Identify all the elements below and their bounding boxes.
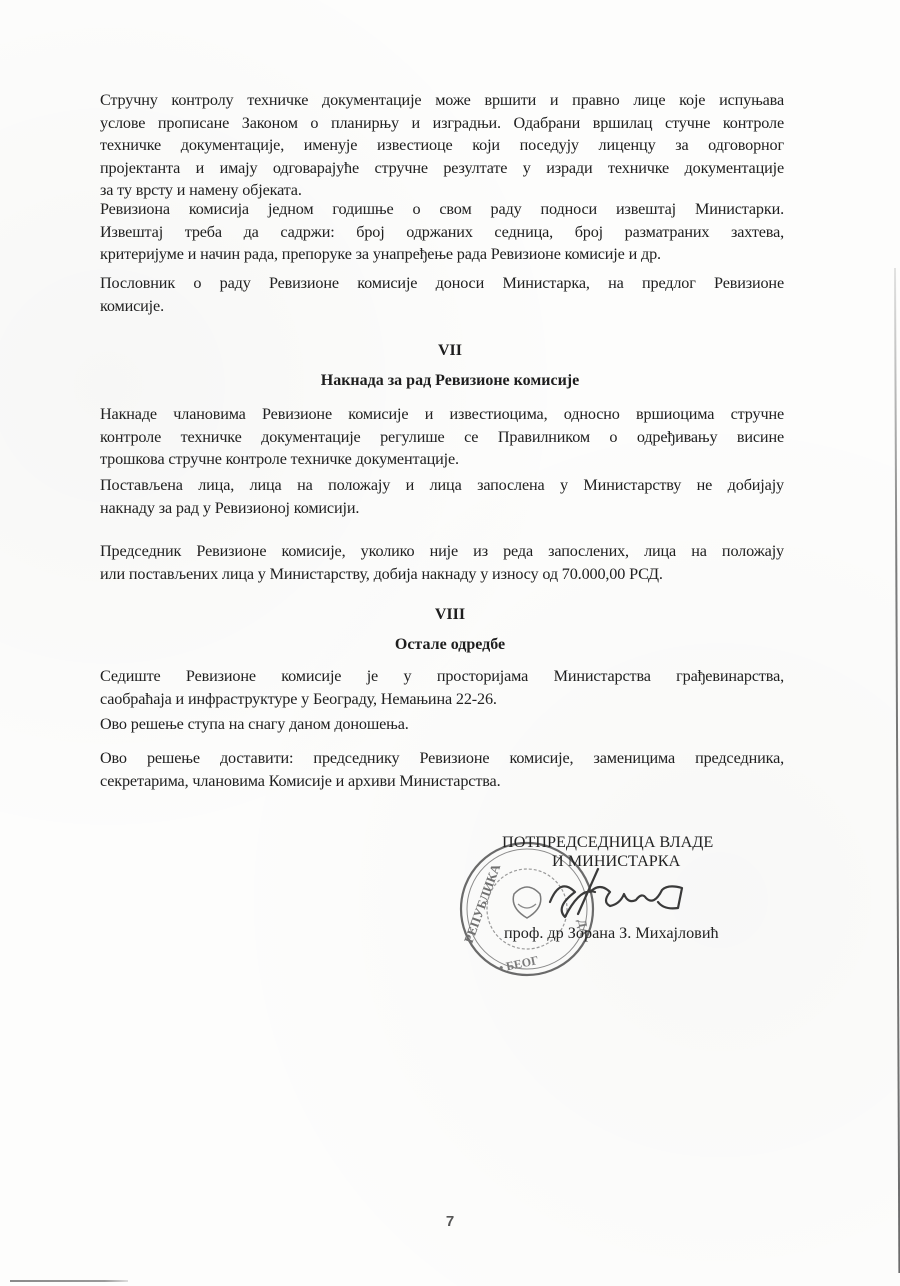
text-line: услове прописане Законом о планирњу и из… (100, 112, 784, 135)
text-line: накнаду за рад у Ревизионој комисији. (100, 497, 784, 520)
text-line: пројектанта и имају одговарајуће стручне… (100, 157, 784, 180)
signatory-name: проф. др Зорана З. Михајловић (504, 924, 719, 943)
text-line: Стручну контролу техничке документације … (100, 89, 784, 112)
section-title-other-provisions: Остале одредбе (0, 636, 900, 654)
text-line: Председник Ревизионе комисије, уколико н… (100, 540, 784, 563)
paragraph-annual-report: Ревизиона комисија једном годишње о свом… (100, 198, 784, 266)
paragraph-technical-control: Стручну контролу техничке документације … (100, 89, 784, 202)
text-line: критеријуме и начин рада, препоруке за у… (100, 243, 784, 266)
text-line: Пословник о раду Ревизионе комисије доно… (100, 272, 784, 295)
paragraph-president-compensation: Председник Ревизионе комисије, уколико н… (100, 540, 784, 585)
text-line: комисије. (100, 295, 784, 318)
paragraph-effective: Ово решење ступа на снагу даном доношења… (100, 713, 784, 736)
text-line: контроле техничке документације регулише… (100, 426, 784, 449)
text-line: Седиште Ревизионе комисије је у простори… (100, 665, 784, 688)
text-line: Извештај треба да садржи: број одржаних … (100, 221, 784, 244)
paragraph-compensation-members: Накнаде члановима Ревизионе комисије и и… (100, 403, 784, 471)
signatory-title: ПОТПРЕДСЕДНИЦА ВЛАДЕ (502, 832, 713, 852)
scan-edge-bottom (10, 1280, 128, 1282)
paragraph-rules-of-procedure: Пословник о раду Ревизионе комисије доно… (100, 272, 784, 317)
document-page: Стручну контролу техничке документације … (0, 0, 900, 1286)
text-line: секретарима, члановима Комисије и архиви… (100, 770, 784, 793)
text-line: Накнаде члановима Ревизионе комисије и и… (100, 403, 784, 426)
signatory-title-line2: И МИНИСТАРКА (552, 852, 680, 871)
handwritten-signature-icon (530, 862, 700, 932)
signature-block: РЕПУБЛИКА • БЕОГ ДА ПОТПРЕДСЕДНИЦА ВЛАДЕ… (470, 832, 800, 982)
svg-text:• БЕОГ: • БЕОГ (498, 953, 540, 975)
text-line: Ревизиона комисија једном годишње о свом… (100, 198, 784, 221)
page-number: 7 (0, 1213, 900, 1230)
text-line: Ово решење ступа на снагу даном доношења… (100, 713, 784, 736)
text-line: саобраћаја и инфраструктуре у Београду, … (100, 688, 784, 711)
paragraph-no-compensation: Постављена лица, лица на положају и лица… (100, 474, 784, 519)
scan-edge-right (894, 268, 900, 1273)
text-line: Постављена лица, лица на положају и лица… (100, 474, 784, 497)
text-line: трошкова стручне контроле техничке докум… (100, 448, 784, 471)
text-line: Ово решење доставити: председнику Ревизи… (100, 747, 784, 770)
section-number-viii: VIII (0, 606, 900, 624)
section-number-vii: VII (0, 342, 900, 360)
text-line: техничке документације, именује известио… (100, 134, 784, 157)
section-title-compensation: Накнада за рад Ревизионе комисије (0, 372, 900, 390)
paragraph-seat: Седиште Ревизионе комисије је у простори… (100, 665, 784, 710)
text-line: или постављених лица у Министарству, доб… (100, 563, 784, 586)
paragraph-delivery: Ово решење доставити: председнику Ревизи… (100, 747, 784, 792)
